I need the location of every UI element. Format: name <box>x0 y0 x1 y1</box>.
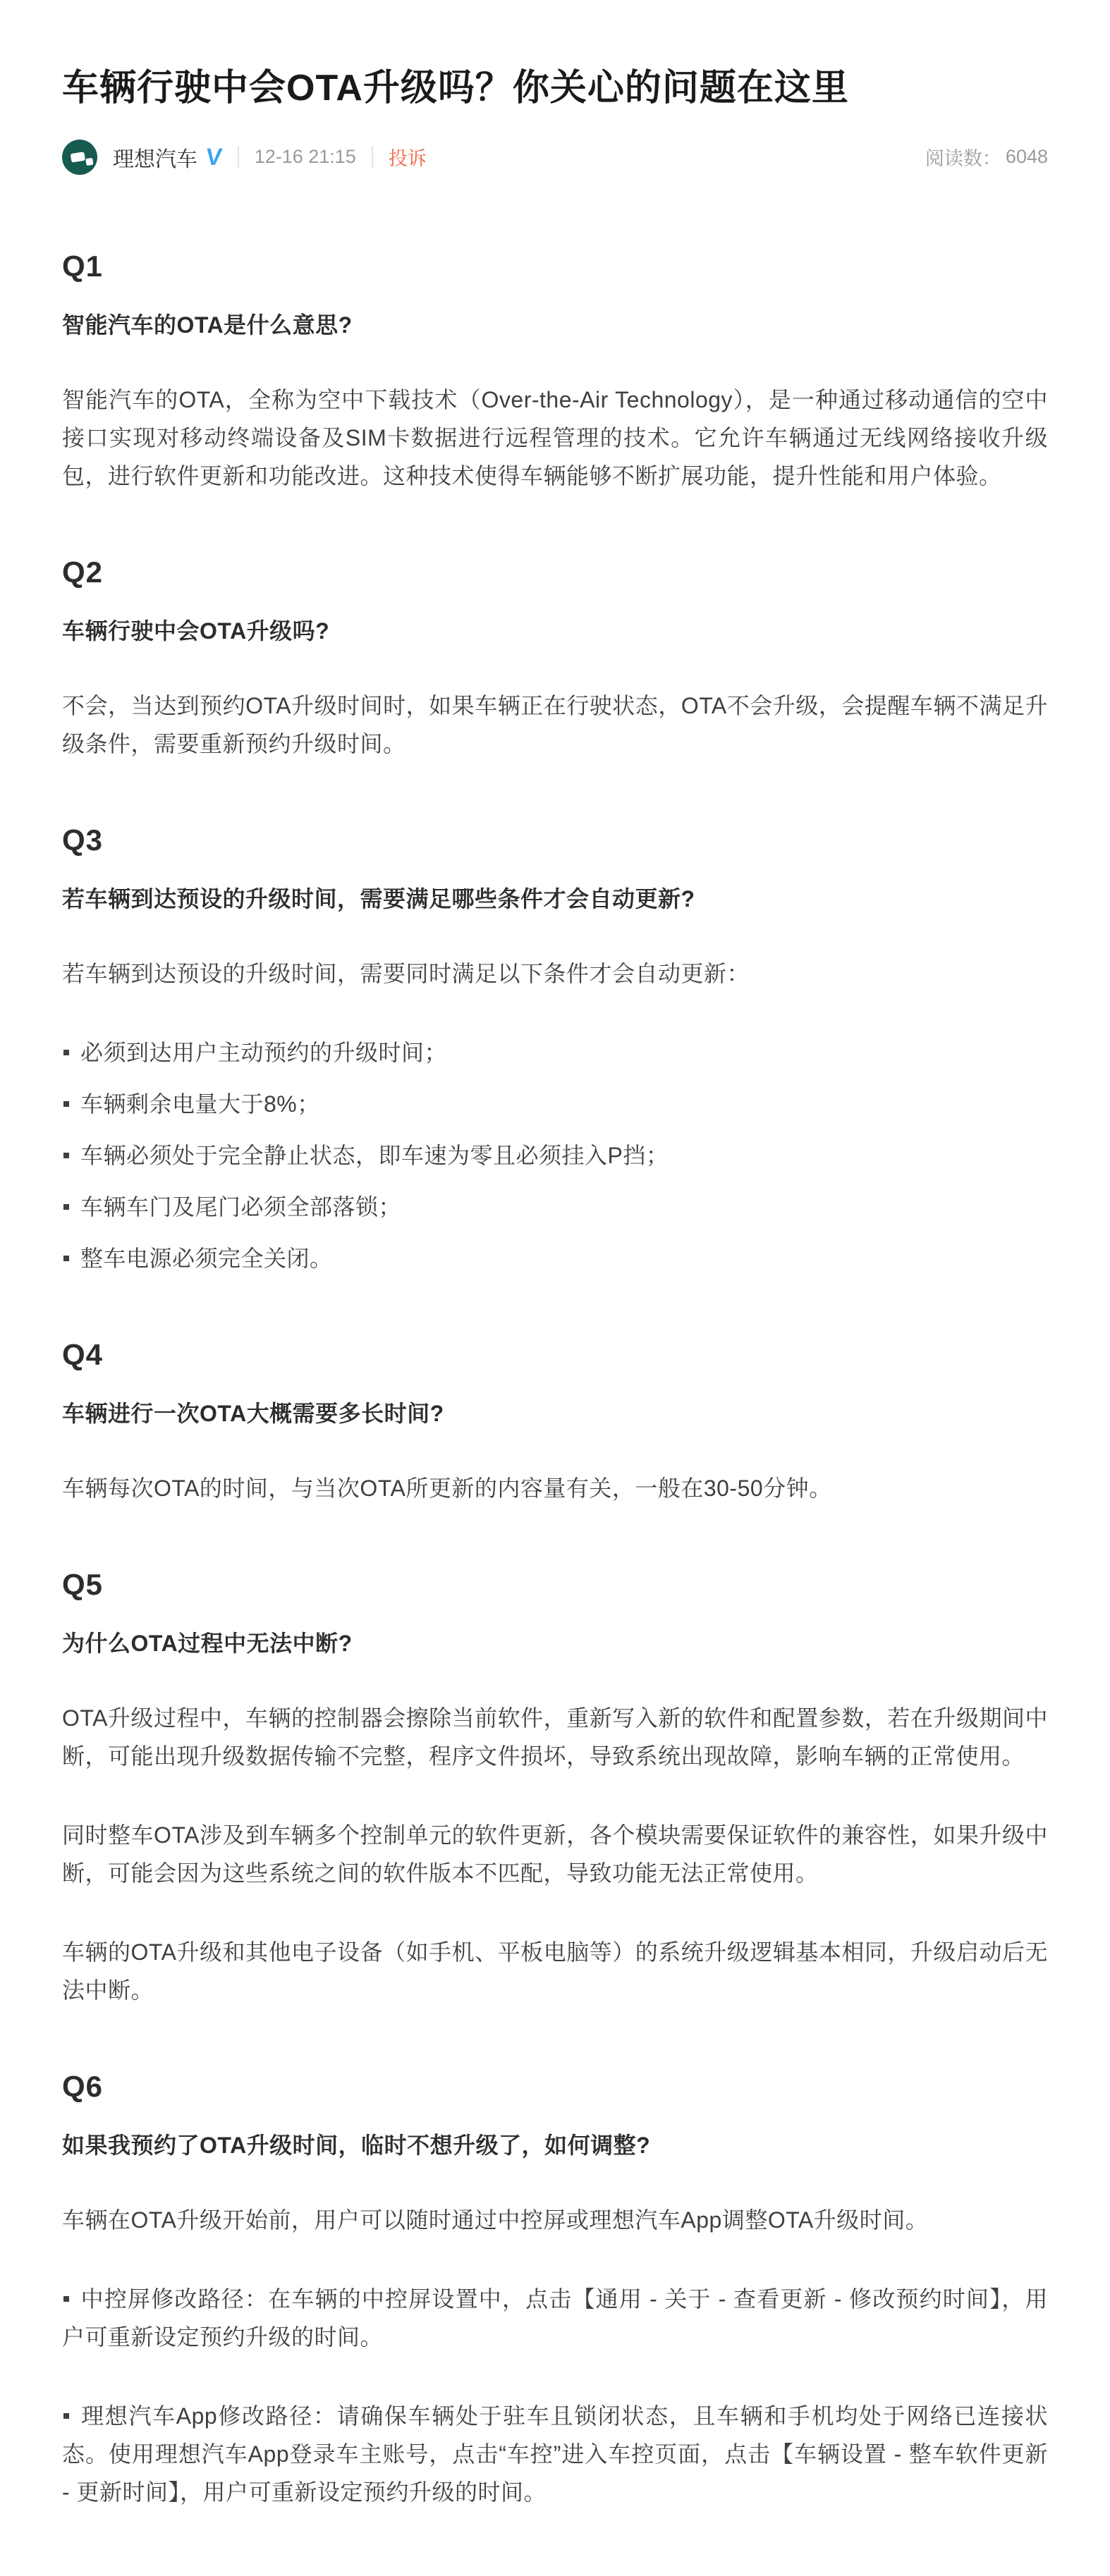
li-auto-logo-icon <box>62 140 97 175</box>
qa-section-q3: Q3 若车辆到达预设的升级时间，需要满足哪些条件才会自动更新? 若车辆到达预设的… <box>62 823 1048 1277</box>
answer-paragraph: 同时整车OTA涉及到车辆多个控制单元的软件更新，各个模块需要保证软件的兼容性，如… <box>62 1816 1048 1892</box>
question-text: 车辆进行一次OTA大概需要多长时间? <box>62 1396 1048 1428</box>
bullet-text: 整车电源必须完全关闭。 <box>80 1246 333 1271</box>
answer-paragraph: 智能汽车的OTA，全称为空中下载技术（Over-the-Air Technolo… <box>62 381 1048 495</box>
qa-section-q1: Q1 智能汽车的OTA是什么意思? 智能汽车的OTA，全称为空中下载技术（Ove… <box>62 250 1048 495</box>
question-label: Q5 <box>62 1568 1048 1602</box>
question-text: 若车辆到达预设的升级时间，需要满足哪些条件才会自动更新? <box>62 881 1048 914</box>
author-avatar[interactable] <box>62 140 97 175</box>
bullet-item: 车辆车门及尾门必须全部落锁； <box>62 1188 1048 1226</box>
meta-divider <box>238 147 239 168</box>
bullet-text: 必须到达用户主动预约的升级时间； <box>80 1040 447 1065</box>
answer-paragraph: 若车辆到达预设的升级时间，需要同时满足以下条件才会自动更新： <box>62 955 1048 993</box>
read-count-value: 6048 <box>1006 146 1048 168</box>
bullet-dot <box>63 1050 69 1055</box>
bullet-text: 车辆必须处于完全静止状态，即车速为零且必须挂入P挡； <box>80 1143 669 1168</box>
bullet-dot <box>63 1256 69 1261</box>
bullet-dot <box>63 1204 69 1210</box>
bullet-item: 中控屏修改路径：在车辆的中控屏设置中，点击【通用 - 关于 - 查看更新 - 修… <box>62 2280 1048 2356</box>
page-title: 车辆行驶中会OTA升级吗？你关心的问题在这里 <box>62 65 1048 113</box>
question-label: Q4 <box>62 1338 1048 1372</box>
question-label: Q3 <box>62 823 1048 857</box>
read-count-label: 阅读数： <box>925 143 1001 171</box>
article-page: { "article": { "title": "车辆行驶中会OTA升级吗？你关… <box>0 0 1110 2576</box>
answer-paragraph: 车辆在OTA升级开始前，用户可以随时通过中控屏或理想汽车App调整OTA升级时间… <box>62 2201 1048 2239</box>
question-label: Q1 <box>62 250 1048 283</box>
question-label: Q6 <box>62 2070 1048 2104</box>
bullet-item: 车辆必须处于完全静止状态，即车速为零且必须挂入P挡； <box>62 1136 1048 1174</box>
verified-badge-icon: V <box>205 145 223 169</box>
question-label: Q2 <box>62 556 1048 589</box>
bullet-text: 理想汽车App修改路径：请确保车辆处于驻车且锁闭状态，且车辆和手机均处于网络已连… <box>62 2403 1048 2505</box>
bullet-dot <box>63 1101 69 1107</box>
bullet-dot <box>63 2413 69 2419</box>
question-text: 为什么OTA过程中无法中断? <box>62 1626 1048 1658</box>
bullet-item: 车辆剩余电量大于8%； <box>62 1085 1048 1123</box>
bullet-text: 中控屏修改路径：在车辆的中控屏设置中，点击【通用 - 关于 - 查看更新 - 修… <box>62 2286 1048 2350</box>
qa-section-q6: Q6 如果我预约了OTA升级时间，临时不想升级了，如何调整? 车辆在OTA升级开… <box>62 2070 1048 2511</box>
answer-paragraph: OTA升级过程中，车辆的控制器会擦除当前软件，重新写入新的软件和配置参数，若在升… <box>62 1699 1048 1775</box>
bullet-text: 车辆车门及尾门必须全部落锁； <box>80 1194 401 1220</box>
bullet-dot <box>63 2296 69 2302</box>
article-container: 车辆行驶中会OTA升级吗？你关心的问题在这里 理想汽车 V 12-16 21:1… <box>0 0 1110 2511</box>
bullet-item: 整车电源必须完全关闭。 <box>62 1239 1048 1277</box>
meta-divider <box>372 147 373 168</box>
qa-section-q5: Q5 为什么OTA过程中无法中断? OTA升级过程中，车辆的控制器会擦除当前软件… <box>62 1568 1048 2009</box>
answer-paragraph: 不会，当达到预约OTA升级时间时，如果车辆正在行驶状态，OTA不会升级，会提醒车… <box>62 687 1048 763</box>
qa-section-q4: Q4 车辆进行一次OTA大概需要多长时间? 车辆每次OTA的时间，与当次OTA所… <box>62 1338 1048 1507</box>
answer-paragraph: 车辆每次OTA的时间，与当次OTA所更新的内容量有关，一般在30-50分钟。 <box>62 1469 1048 1507</box>
answer-paragraph: 车辆的OTA升级和其他电子设备（如手机、平板电脑等）的系统升级逻辑基本相同，升级… <box>62 1933 1048 2009</box>
bullet-dot <box>63 1153 69 1158</box>
publish-timestamp: 12-16 21:15 <box>255 146 356 168</box>
bullet-item: 理想汽车App修改路径：请确保车辆处于驻车且锁闭状态，且车辆和手机均处于网络已连… <box>62 2397 1048 2511</box>
bullet-text: 车辆剩余电量大于8%； <box>80 1091 320 1117</box>
question-text: 智能汽车的OTA是什么意思? <box>62 307 1048 340</box>
author-meta-row: 理想汽车 V 12-16 21:15 投诉 阅读数： 6048 <box>62 140 1048 175</box>
qa-section-q2: Q2 车辆行驶中会OTA升级吗? 不会，当达到预约OTA升级时间时，如果车辆正在… <box>62 556 1048 763</box>
bullet-item: 必须到达用户主动预约的升级时间； <box>62 1034 1048 1072</box>
question-text: 如果我预约了OTA升级时间，临时不想升级了，如何调整? <box>62 2128 1048 2160</box>
report-link[interactable]: 投诉 <box>389 143 427 171</box>
read-count: 阅读数： 6048 <box>925 143 1048 171</box>
author-name[interactable]: 理想汽车 <box>113 142 197 173</box>
question-text: 车辆行驶中会OTA升级吗? <box>62 613 1048 646</box>
